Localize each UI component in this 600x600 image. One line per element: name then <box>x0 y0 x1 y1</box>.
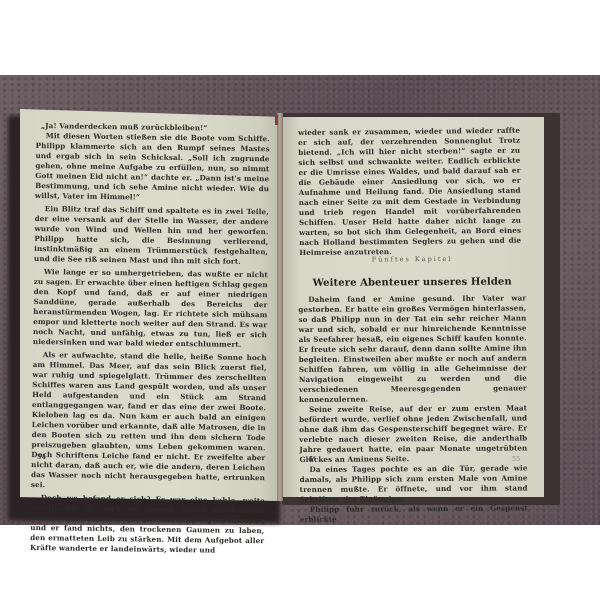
spine-binding-edge <box>275 115 278 125</box>
paragraph: Doch wo befand er sich? Es war eine kahl… <box>30 493 265 556</box>
chapter-section: Fünftes Kapitel Weitere Abenteuer unsere… <box>298 253 528 525</box>
right-page-number: 55 <box>512 455 520 463</box>
paragraph: Mit diesen Worten stießen sie die Boote … <box>35 131 270 204</box>
chapter-title: Weitere Abenteuer unseres Helden <box>298 275 526 291</box>
left-page-text: „Ja! Vanderdecken muß zurückbleiben!“ Mi… <box>30 121 270 556</box>
left-page-number: 54 <box>37 453 46 461</box>
paragraph: Als er aufwachte, stand die helle, heiße… <box>31 350 267 493</box>
right-page-top-text: wieder sank er zusammen, wieder und wied… <box>298 126 521 258</box>
paragraph: wieder sank er zusammen, wieder und wied… <box>298 126 521 258</box>
paragraph: Philipp fuhr zurück, als wenn er ein Ges… <box>300 503 528 525</box>
book-gutter <box>277 113 283 501</box>
signature-mark: 4* <box>308 455 316 463</box>
photo-scene: „Ja! Vanderdecken muß zurückbleiben!“ Mi… <box>0 75 600 525</box>
paragraph: Da eines Tages pochte es an die Tür, ger… <box>299 463 527 505</box>
paragraph: Wie lange er so umhergetrieben, das wußt… <box>33 267 268 350</box>
paragraph: Seine zweite Reise, auf der er zum erste… <box>299 403 527 465</box>
paragraph: Ein Blitz traf das Schiff und spaltete e… <box>34 204 269 267</box>
chapter-label: Fünftes Kapitel <box>298 253 526 265</box>
paragraph: Daheim fand er Amine gesund. Ihr Vater w… <box>298 293 527 405</box>
